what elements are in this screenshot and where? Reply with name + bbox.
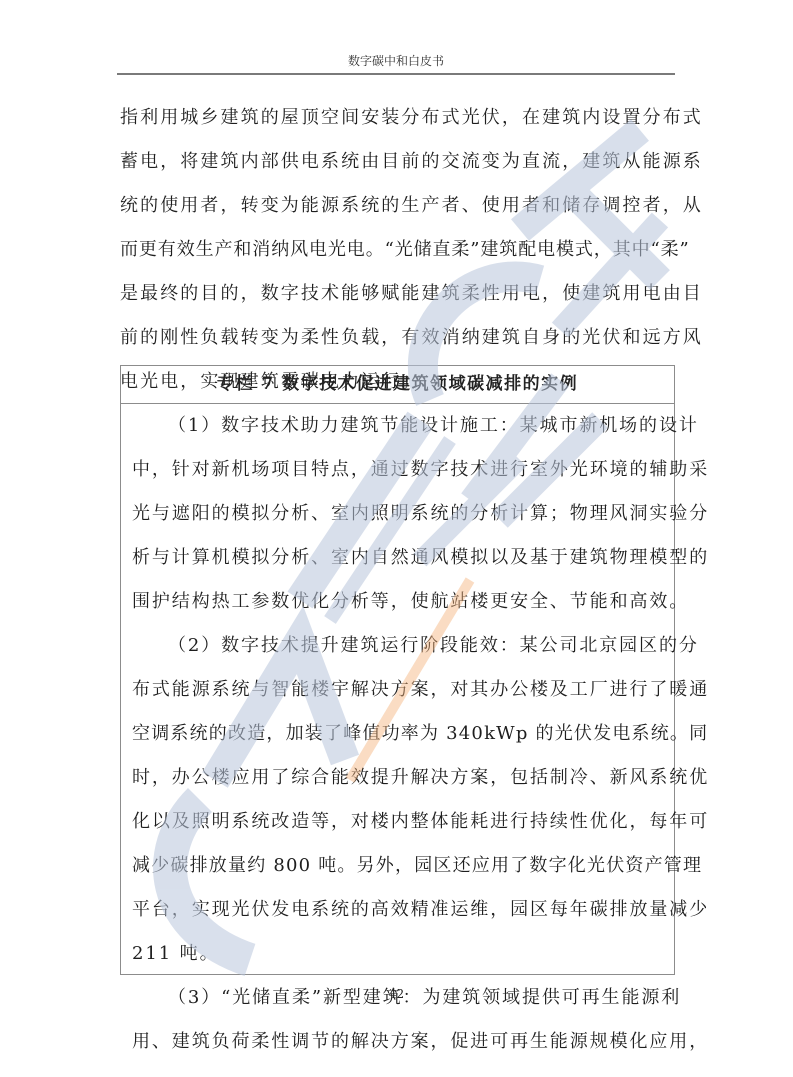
box-line: 围护结构热工参数优化分析等，使航站楼更安全、节能和高效。 [132,580,664,624]
header-divider [117,73,675,75]
body-paragraph: 指利用城乡建筑的屋顶空间安装分布式光伏，在建筑内设置分布式 蓄电，将建筑内部供电… [120,96,676,404]
box-line: （1）数字技术助力建筑节能设计施工：某城市新机场的设计 [132,404,664,448]
box-line: 空调系统的改造，加装了峰值功率为 340kWp 的光伏发电系统。同 [132,712,664,756]
box-line: 减少碳排放量约 800 吨。另外，园区还应用了数字化光伏资产管理 [132,844,664,888]
box-line: 用、建筑负荷柔性调节的解决方案，促进可再生能源规模化应用， [132,1020,664,1064]
text-line: 指利用城乡建筑的屋顶空间安装分布式光伏，在建筑内设置分布式 [120,96,676,140]
page-number: 42 [0,987,793,1001]
text-line: 而更有效生产和消纳风电光电。“光储直柔”建筑配电模式，其中“柔” [120,228,676,272]
running-header: 数字碳中和白皮书 [117,52,675,74]
box-line: 中，针对新机场项目特点，通过数字技术进行室外光环境的辅助采 [132,448,664,492]
box-line: 平台，实现光伏发电系统的高效精准运维，园区每年碳排放量减少 [132,888,664,932]
box-line: 析与计算机模拟分析、室内自然通风模拟以及基于建筑物理模型的 [132,536,664,580]
text-line: 前的刚性负载转变为柔性负载，有效消纳建筑自身的光伏和远方风 [120,316,676,360]
sidebar-box-case-study: 专栏 7 数字技术促进建筑领域碳减排的实例 （1）数字技术助力建筑节能设计施工：… [120,365,675,975]
box-line: 化以及照明系统改造等，对楼内整体能耗进行持续性优化，每年可 [132,800,664,844]
box-line: （2）数字技术提升建筑运行阶段能效：某公司北京园区的分 [132,624,664,668]
box-line: 211 吨。 [132,932,664,976]
text-line: 统的使用者，转变为能源系统的生产者、使用者和储存调控者，从 [120,184,676,228]
box-title: 专栏 7 数字技术促进建筑领域碳减排的实例 [121,366,674,404]
text-line: 蓄电，将建筑内部供电系统由目前的交流变为直流，建筑从能源系 [120,140,676,184]
box-line: 光与遮阳的模拟分析、室内照明系统的分析计算；物理风洞实验分 [132,492,664,536]
text-line: 是最终的目的，数字技术能够赋能建筑柔性用电，使建筑用电由目 [120,272,676,316]
box-line: 布式能源系统与智能楼宇解决方案，对其办公楼及工厂进行了暖通 [132,668,664,712]
box-line: 时，办公楼应用了综合能效提升解决方案，包括制冷、新风系统优 [132,756,664,800]
box-body: （1）数字技术助力建筑节能设计施工：某城市新机场的设计 中，针对新机场项目特点，… [121,404,674,1064]
